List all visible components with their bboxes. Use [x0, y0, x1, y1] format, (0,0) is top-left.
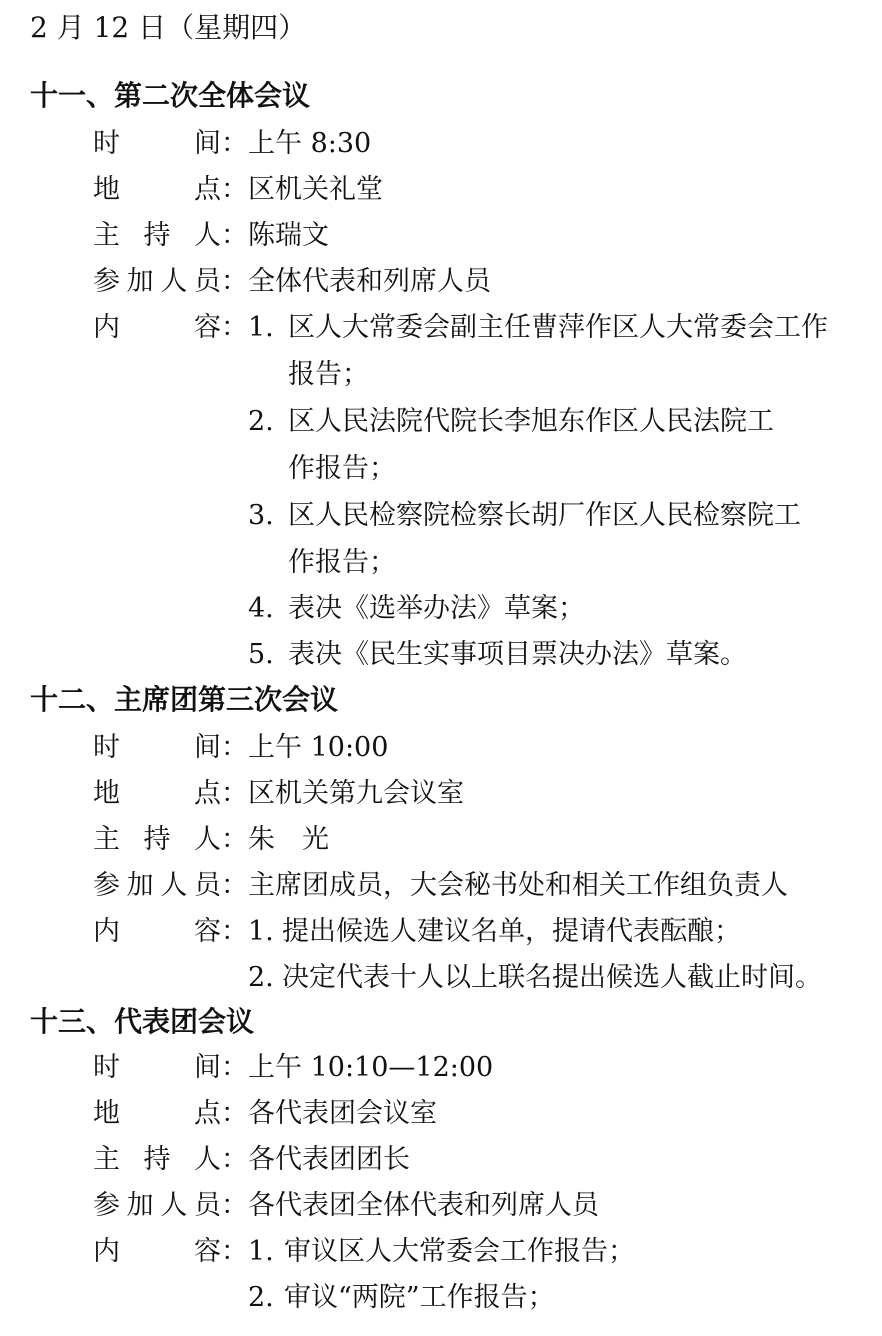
label-host: 主持人	[93, 818, 221, 862]
value-attendees: 全体代表和列席人员	[248, 260, 491, 304]
label-attendees: 参加人员	[93, 864, 221, 908]
content-item: 2.决定代表十人以上联名提出候选人截止时间。	[248, 955, 822, 1001]
value-host: 陈瑞文	[248, 214, 329, 258]
label-place: 地点	[93, 168, 221, 212]
value-place: 区机关第九会议室	[248, 772, 464, 816]
label-content: 内容	[93, 306, 221, 350]
label-attendees: 参加人员	[93, 1184, 221, 1228]
label-host: 主持人	[93, 1138, 221, 1182]
label-content: 内容	[93, 910, 221, 954]
content-item: 3.区人民检察院检察长胡厂作区人民检察院工	[248, 493, 801, 539]
content-item: 2.审议“两院”工作报告；	[248, 1275, 555, 1321]
label-host: 主持人	[93, 214, 221, 258]
section-title-11: 十一、第二次全体会议	[30, 76, 310, 116]
section-title-12: 十二、主席团第三次会议	[30, 680, 338, 720]
content-item: 1.提出候选人建议名单，提请代表酝酿；	[248, 909, 741, 955]
value-time: 上午 10:10—12:00	[248, 1046, 493, 1090]
content-item-continuation: 作报告；	[288, 540, 396, 586]
value-place: 区机关礼堂	[248, 168, 383, 212]
label-attendees: 参加人员	[93, 260, 221, 304]
value-attendees: 主席团成员，大会秘书处和相关工作组负责人	[248, 864, 788, 908]
label-time: 时间	[93, 726, 221, 770]
value-attendees: 各代表团全体代表和列席人员	[248, 1184, 599, 1228]
value-time: 上午 10:00	[248, 726, 388, 770]
content-item: 1.区人大常委会副主任曹萍作区人大常委会工作	[248, 305, 828, 351]
content-item-continuation: 作报告；	[288, 446, 396, 492]
label-content: 内容	[93, 1230, 221, 1274]
label-place: 地点	[93, 1092, 221, 1136]
label-place: 地点	[93, 772, 221, 816]
value-host: 朱 光	[248, 818, 329, 862]
value-time: 上午 8:30	[248, 122, 371, 166]
label-time: 时间	[93, 122, 221, 166]
content-item-continuation: 报告；	[288, 352, 369, 398]
value-place: 各代表团会议室	[248, 1092, 437, 1136]
value-host: 各代表团团长	[248, 1138, 410, 1182]
content-item: 4.表决《选举办法》草案；	[248, 586, 585, 632]
content-item: 1.审议区人大常委会工作报告；	[248, 1229, 635, 1275]
content-item: 5.表决《民生实事项目票决办法》草案。	[248, 632, 747, 678]
label-time: 时间	[93, 1046, 221, 1090]
date-heading: 2 月 12 日（星期四）	[30, 8, 306, 48]
section-title-13: 十三、代表团会议	[30, 1002, 254, 1042]
content-item: 2.区人民法院代院长李旭东作区人民法院工	[248, 399, 774, 445]
